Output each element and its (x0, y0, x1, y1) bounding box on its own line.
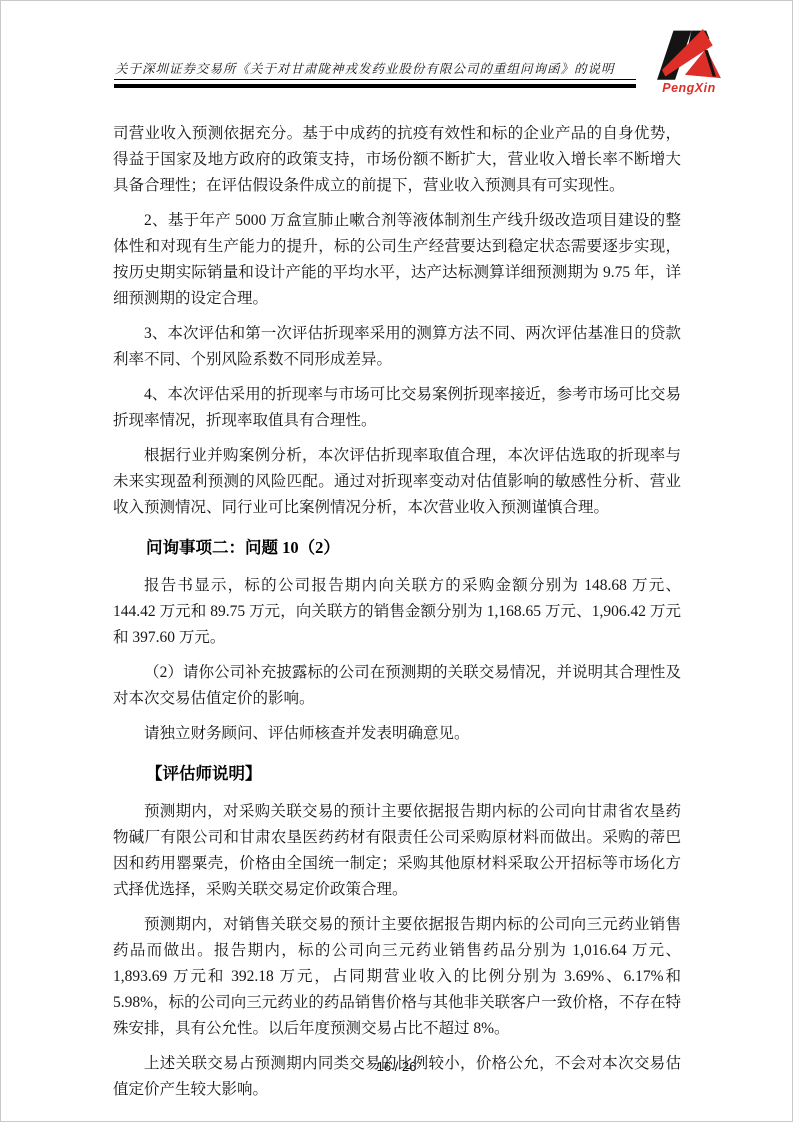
pengxin-logo: PengXin (646, 29, 732, 101)
paragraph: 报告书显示，标的公司报告期内向关联方的采购金额分别为 148.68 万元、144… (113, 573, 681, 651)
paragraph: 司营业收入预测依据充分。基于中成药的抗疫有效性和标的企业产品的自身优势，得益于国… (113, 121, 681, 199)
paragraph: 2、基于年产 5000 万盒宣肺止嗽合剂等液体制剂生产线升级改造项目建设的整体性… (113, 208, 681, 312)
paragraph: 4、本次评估采用的折现率与市场可比交易案例折现率接近，参考市场可比交易折现率情况… (113, 382, 681, 434)
document-page: 关于深圳证券交易所《关于对甘肃陇神戎发药业股份有限公司的重组问询函》的说明 Pe… (0, 0, 793, 1122)
paragraph: 预测期内，对销售关联交易的预计主要依据报告期内标的公司向三元药业销售药品而做出。… (113, 912, 681, 1042)
page-number: 16 / 26 (1, 1059, 792, 1074)
document-body: 司营业收入预测依据充分。基于中成药的抗疫有效性和标的企业产品的自身优势，得益于国… (113, 121, 681, 1112)
pengxin-logo-mark-icon (646, 29, 732, 83)
header-rule (114, 79, 636, 88)
header-title: 关于深圳证券交易所《关于对甘肃陇神戎发药业股份有限公司的重组问询函》的说明 (115, 59, 635, 77)
paragraph: （2）请你公司补充披露标的公司在预测期的关联交易情况，并说明其合理性及对本次交易… (113, 660, 681, 712)
paragraph: 预测期内，对采购关联交易的预计主要依据报告期内标的公司向甘肃省农垦药物碱厂有限公… (113, 799, 681, 903)
paragraph: 根据行业并购案例分析，本次评估折现率取值合理，本次评估选取的折现率与未来实现盈利… (113, 443, 681, 521)
section-heading-appraiser-note: 【评估师说明】 (113, 760, 681, 788)
paragraph: 3、本次评估和第一次评估折现率采用的测算方法不同、两次评估基准日的贷款利率不同、… (113, 321, 681, 373)
pengxin-logo-text: PengXin (646, 81, 732, 96)
section-heading-inquiry-item-2: 问询事项二：问题 10（2） (113, 534, 681, 562)
paragraph: 请独立财务顾问、评估师核查并发表明确意见。 (113, 721, 681, 747)
